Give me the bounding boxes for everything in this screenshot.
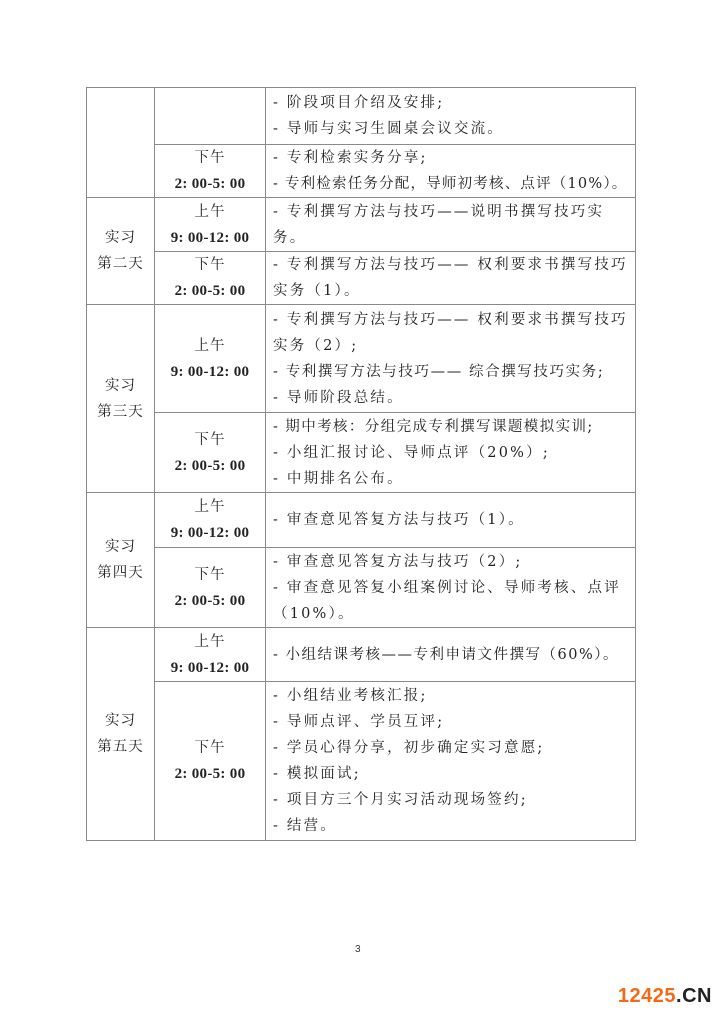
time-cell: 下午 2: 00-5: 00 (155, 145, 266, 198)
schedule-row: - 阶段项目介绍及安排; - 导师与实习生圆桌会议交流。 (87, 88, 636, 145)
time-cell: 上午 9: 00-12: 00 (155, 493, 266, 548)
schedule-item: - 专利撰写方法与技巧—— 权利要求书撰写技巧实务（1）。 (273, 252, 631, 304)
time-cell: 下午 2: 00-5: 00 (155, 548, 266, 628)
schedule-item: - 模拟面试; (273, 761, 631, 787)
time-range: 2: 00-5: 00 (155, 278, 265, 304)
day-label-line2: 第四天 (87, 560, 154, 586)
schedule-item: - 学员心得分享，初步确定实习意愿; (273, 735, 631, 761)
content-cell: - 专利撰写方法与技巧—— 权利要求书撰写技巧实务（2）; - 专利撰写方法与技… (266, 305, 636, 413)
schedule-row: 下午 2: 00-5: 00 - 审查意见答复方法与技巧（2）; - 审查意见答… (87, 548, 636, 628)
schedule-row: 实习 第四天 上午 9: 00-12: 00 - 审查意见答复方法与技巧（1）。 (87, 493, 636, 548)
watermark-logo: 12425.CN (618, 985, 712, 1008)
time-range: 9: 00-12: 00 (155, 359, 265, 385)
schedule-item: - 中期排名公布。 (273, 466, 631, 492)
watermark-tld: .CN (676, 985, 712, 1007)
time-range: 2: 00-5: 00 (155, 171, 265, 197)
schedule-item: - 小组汇报讨论、导师点评（20%）; (273, 440, 631, 466)
time-cell (155, 88, 266, 145)
schedule-item: - 小组结业考核汇报; (273, 683, 631, 709)
period-label: 下午 (155, 145, 265, 171)
content-cell: - 阶段项目介绍及安排; - 导师与实习生圆桌会议交流。 (266, 88, 636, 145)
day-label-line2: 第二天 (87, 251, 154, 277)
schedule-row: 下午 2: 00-5: 00 - 期中考核：分组完成专利撰写课题模拟实训; - … (87, 413, 636, 493)
period-label: 下午 (155, 562, 265, 588)
time-cell: 上午 9: 00-12: 00 (155, 305, 266, 413)
day-label-line1: 实习 (87, 373, 154, 399)
content-cell: - 小组结业考核汇报; - 导师点评、学员互评; - 学员心得分享，初步确定实习… (266, 682, 636, 841)
day-label-line1: 实习 (87, 708, 154, 734)
schedule-row: 实习 第二天 上午 9: 00-12: 00 - 专利撰写方法与技巧——说明书撰… (87, 198, 636, 252)
period-label: 上午 (155, 199, 265, 225)
time-cell: 上午 9: 00-12: 00 (155, 198, 266, 252)
period-label: 下午 (155, 252, 265, 278)
time-cell: 下午 2: 00-5: 00 (155, 682, 266, 841)
day-label-line1: 实习 (87, 225, 154, 251)
schedule-row: 下午 2: 00-5: 00 - 专利检索实务分享; - 专利检索任务分配，导师… (87, 145, 636, 198)
time-cell: 下午 2: 00-5: 00 (155, 252, 266, 305)
schedule-item: - 导师与实习生圆桌会议交流。 (273, 116, 631, 142)
schedule-item: - 审查意见答复方法与技巧（2）; (273, 549, 631, 575)
schedule-item: - 专利撰写方法与技巧——说明书撰写技巧实务。 (273, 199, 631, 251)
day-cell: 实习 第三天 (87, 305, 155, 493)
schedule-item: - 专利撰写方法与技巧—— 权利要求书撰写技巧实务（2）; (273, 307, 631, 359)
time-range: 9: 00-12: 00 (155, 655, 265, 681)
day-cell: 实习 第五天 (87, 628, 155, 841)
page-number: 3 (355, 944, 361, 955)
content-cell: - 期中考核：分组完成专利撰写课题模拟实训; - 小组汇报讨论、导师点评（20%… (266, 413, 636, 493)
time-cell: 下午 2: 00-5: 00 (155, 413, 266, 493)
period-label: 下午 (155, 427, 265, 453)
schedule-row: 下午 2: 00-5: 00 - 专利撰写方法与技巧—— 权利要求书撰写技巧实务… (87, 252, 636, 305)
schedule-item: - 导师阶段总结。 (273, 385, 631, 411)
schedule-item: - 项目方三个月实习活动现场签约; (273, 787, 631, 813)
schedule-item: - 导师点评、学员互评; (273, 709, 631, 735)
schedule-item: - 结营。 (273, 813, 631, 839)
schedule-item: - 审查意见答复方法与技巧（1）。 (273, 507, 631, 533)
content-cell: - 专利撰写方法与技巧——说明书撰写技巧实务。 (266, 198, 636, 252)
schedule-row: 下午 2: 00-5: 00 - 小组结业考核汇报; - 导师点评、学员互评; … (87, 682, 636, 841)
period-label: 上午 (155, 629, 265, 655)
time-range: 2: 00-5: 00 (155, 761, 265, 787)
day-cell: 实习 第二天 (87, 198, 155, 305)
schedule-item: - 专利检索任务分配，导师初考核、点评（10%）。 (273, 171, 631, 197)
period-label: 下午 (155, 735, 265, 761)
content-cell: - 审查意见答复方法与技巧（1）。 (266, 493, 636, 548)
period-label: 上午 (155, 333, 265, 359)
content-cell: - 专利检索实务分享; - 专利检索任务分配，导师初考核、点评（10%）。 (266, 145, 636, 198)
schedule-item: - 专利撰写方法与技巧—— 综合撰写技巧实务; (273, 359, 631, 385)
time-range: 9: 00-12: 00 (155, 225, 265, 251)
schedule-item: - 期中考核：分组完成专利撰写课题模拟实训; (273, 414, 631, 440)
day-cell: 实习 第四天 (87, 493, 155, 628)
internship-schedule-table: - 阶段项目介绍及安排; - 导师与实习生圆桌会议交流。 下午 2: 00-5:… (86, 87, 636, 841)
period-label: 上午 (155, 494, 265, 520)
time-range: 2: 00-5: 00 (155, 453, 265, 479)
schedule-row: 实习 第五天 上午 9: 00-12: 00 - 小组结课考核——专利申请文件撰… (87, 628, 636, 682)
day-label-line1: 实习 (87, 534, 154, 560)
document-page: - 阶段项目介绍及安排; - 导师与实习生圆桌会议交流。 下午 2: 00-5:… (0, 0, 720, 1019)
schedule-item: - 小组结课考核——专利申请文件撰写（60%）。 (273, 642, 631, 668)
watermark-number: 12425 (618, 985, 676, 1007)
schedule-item: - 阶段项目介绍及安排; (273, 90, 631, 116)
time-cell: 上午 9: 00-12: 00 (155, 628, 266, 682)
day-label-line2: 第五天 (87, 734, 154, 760)
content-cell: - 小组结课考核——专利申请文件撰写（60%）。 (266, 628, 636, 682)
schedule-item: - 审查意见答复小组案例讨论、导师考核、点评（10%）。 (273, 575, 631, 627)
time-range: 9: 00-12: 00 (155, 520, 265, 546)
content-cell: - 专利撰写方法与技巧—— 权利要求书撰写技巧实务（1）。 (266, 252, 636, 305)
schedule-row: 实习 第三天 上午 9: 00-12: 00 - 专利撰写方法与技巧—— 权利要… (87, 305, 636, 413)
content-cell: - 审查意见答复方法与技巧（2）; - 审查意见答复小组案例讨论、导师考核、点评… (266, 548, 636, 628)
day-cell (87, 88, 155, 198)
schedule-item: - 专利检索实务分享; (273, 145, 631, 171)
day-label-line2: 第三天 (87, 399, 154, 425)
time-range: 2: 00-5: 00 (155, 588, 265, 614)
